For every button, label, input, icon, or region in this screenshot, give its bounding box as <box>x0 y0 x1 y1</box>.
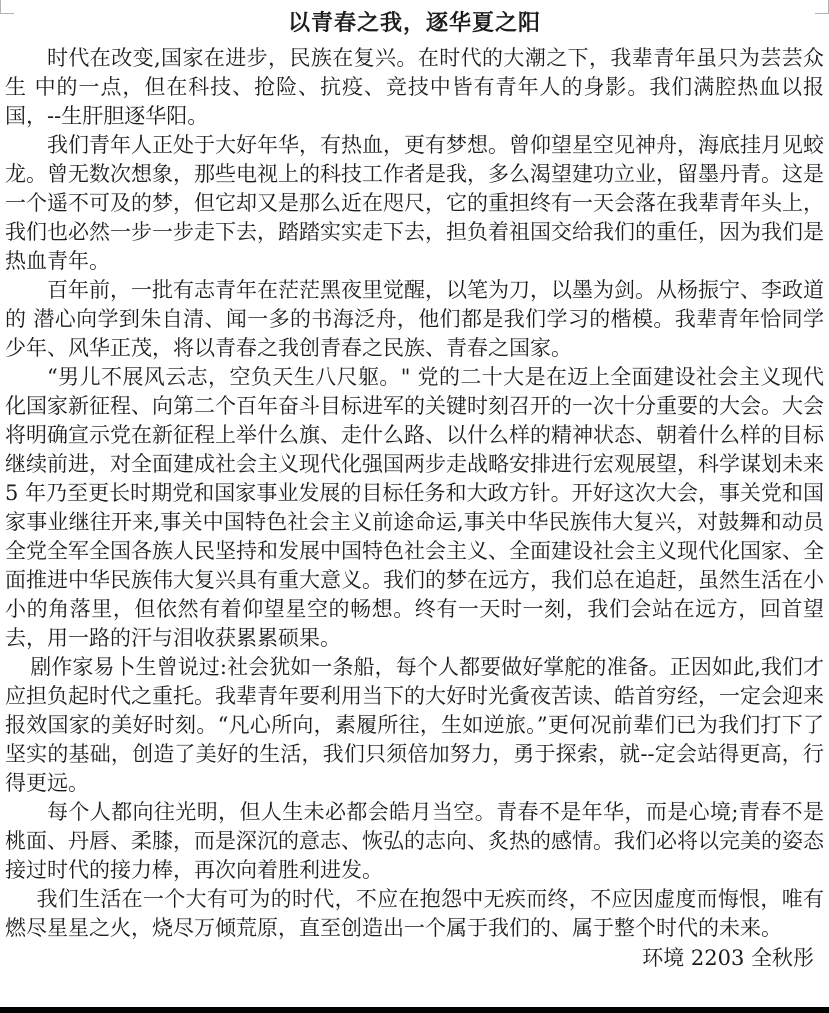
bottom-window-edge <box>0 1007 829 1013</box>
essay-paragraph-7: 我们生活在一个大有可为的时代，不应在抱怨中无疾而终，不应因虚度而悔恨，唯有燃尽星… <box>5 885 824 943</box>
page-corner-mark-top-left <box>0 0 14 14</box>
essay-paragraph-1: 时代在改变,国家在进步，民族在复兴。在时代的大潮之下，我辈青年虽只为芸芸众生 中… <box>5 44 824 131</box>
essay-paragraph-3: 百年前，一批有志青年在茫茫黑夜里觉醒，以笔为刀，以墨为剑。从杨振宁、李政道的 潜… <box>5 276 824 363</box>
essay-title: 以青春之我，逐华夏之阳 <box>5 9 824 37</box>
essay-paragraph-5: 剧作家易卜生曾说过:社会犹如一条船，每个人都要做好掌舵的准备。正因如此,我们才应… <box>5 653 824 798</box>
essay-paragraph-6: 每个人都向往光明，但人生未必都会皓月当空。青春不是年华，而是心境;青春不是桃面、… <box>5 798 824 885</box>
author-signature: 环境 2203 全秋彤 <box>5 943 824 973</box>
document-page: 以青春之我，逐华夏之阳 时代在改变,国家在进步，民族在复兴。在时代的大潮之下，我… <box>0 0 829 1013</box>
essay-paragraph-2: 我们青年人正处于大好年华，有热血，更有梦想。曾仰望星空见神舟，海底挂月见蛟龙。曾… <box>5 131 824 276</box>
page-corner-mark-top-right <box>815 0 829 14</box>
essay-paragraph-4: “男儿不展风云志，空负天生八尺躯。" 党的二十大是在迈上全面建设社会主义现代化国… <box>5 363 824 653</box>
